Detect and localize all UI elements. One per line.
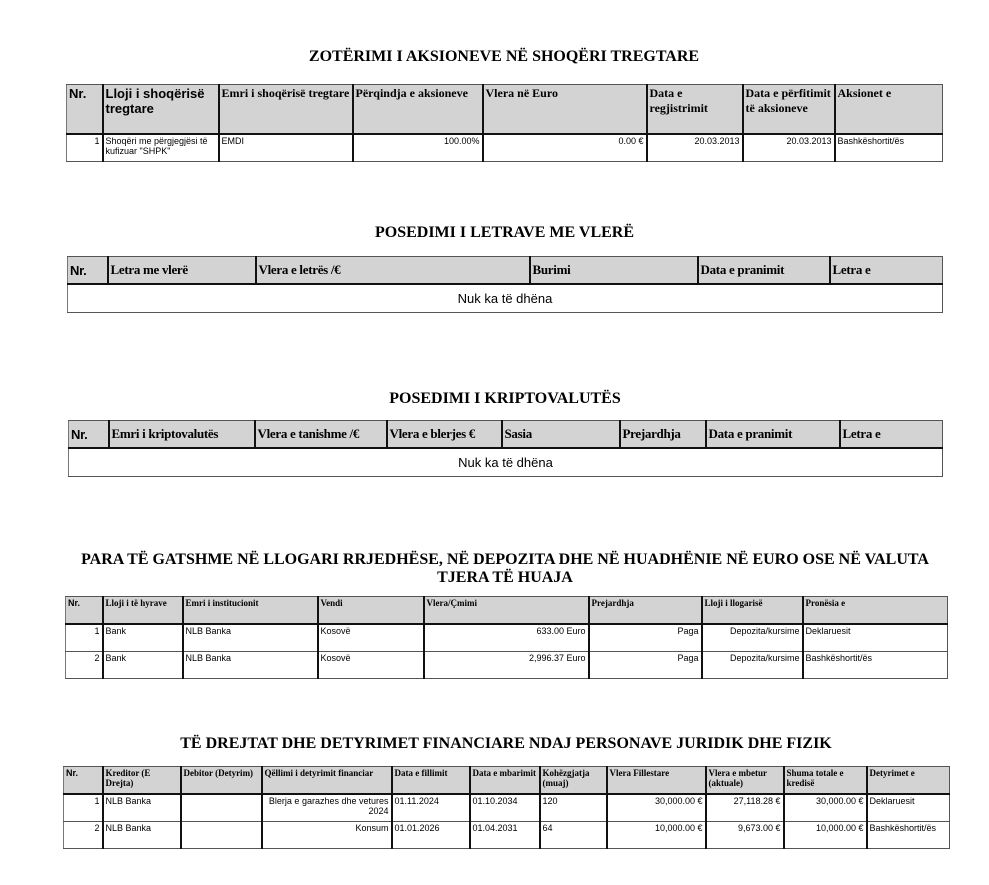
cell-ownership: Bashkëshortit/ës [803, 652, 948, 679]
col-header: Vendi [318, 597, 424, 625]
col-header: Emri i kriptovalutës [109, 421, 255, 449]
cell-institution: NLB Banka [183, 624, 318, 652]
cash-section: PARA TË GATSHME NË LLOGARI RRJEDHËSE, NË… [80, 551, 930, 587]
col-header: Data e fillimit [392, 767, 470, 795]
col-header: Emri i institucionit [183, 597, 318, 625]
col-header: Pronësia e [803, 597, 948, 625]
cell-obligation-of: Bashkëshortit/ës [867, 822, 950, 849]
col-header: Data e pranimit [706, 421, 840, 449]
securities-section: POSEDIMI I LETRAVE ME VLERË [67, 224, 942, 242]
table-header-row: Nr. Letra me vlerë Vlera e letrës /€ Bur… [68, 257, 943, 285]
col-header: Nr. [67, 85, 103, 135]
cell-ownership: Deklaruesit [803, 624, 948, 652]
col-header: Letra me vlerë [108, 257, 256, 285]
col-header: Nr. [66, 597, 103, 625]
col-header: Përqindja e aksioneve [353, 85, 483, 135]
securities-title: POSEDIMI I LETRAVE ME VLERË [67, 224, 942, 242]
cell-remaining-value: 9,673.00 € [706, 822, 784, 849]
cell-duration: 64 [540, 822, 607, 849]
col-header: Kreditor (E Drejta) [103, 767, 181, 795]
shares-section: ZOTËRIMI I AKSIONEVE NË SHOQËRI TREGTARE [66, 48, 942, 66]
table-row: 2 NLB Banka Konsum 01.01.2026 01.04.2031… [64, 822, 950, 849]
shares-table: Nr. Lloji i shoqërisë tregtare Emri i sh… [66, 84, 943, 162]
cell-initial-value: 10,000.00 € [607, 822, 706, 849]
table-header-row: Nr. Emri i kriptovalutës Vlera e tanishm… [69, 421, 943, 449]
col-header: Qëllimi i detyrimit financiar [262, 767, 392, 795]
col-header: Vlera e tanishme /€ [255, 421, 387, 449]
cell-total-credit: 30,000.00 € [784, 794, 867, 822]
col-header: Detyrimet e [867, 767, 950, 795]
col-header: Burimi [530, 257, 698, 285]
cell-origin: Paga [589, 652, 702, 679]
cell-start-date: 01.01.2026 [392, 822, 470, 849]
table-row: 1 Bank NLB Banka Kosovë 633.00 Euro Paga… [66, 624, 948, 652]
cell-company-type: Shoqëri me përgjegjësi të kufizuar "SHPK… [103, 134, 219, 162]
col-header: Kohëzgjatja (muaj) [540, 767, 607, 795]
col-header: Data e pranimit [698, 257, 830, 285]
col-header: Nr. [64, 767, 103, 795]
crypto-title: POSEDIMI I KRIPTOVALUTËS [68, 390, 942, 408]
cell-initial-value: 30,000.00 € [607, 794, 706, 822]
cash-title: PARA TË GATSHME NË LLOGARI RRJEDHËSE, NË… [80, 551, 930, 587]
liabilities-title: TË DREJTAT DHE DETYRIMET FINANCIARE NDAJ… [63, 735, 949, 753]
cell-benefit-date: 20.03.2013 [743, 134, 835, 162]
crypto-section: POSEDIMI I KRIPTOVALUTËS [68, 390, 942, 408]
col-header: Vlera e mbetur (aktuale) [706, 767, 784, 795]
col-header: Debitor (Detyrim) [181, 767, 262, 795]
cell-purpose: Blerja e garazhes dhe vetures 2024 [262, 794, 392, 822]
cell-total-credit: 10,000.00 € [784, 822, 867, 849]
liabilities-section: TË DREJTAT DHE DETYRIMET FINANCIARE NDAJ… [63, 735, 949, 753]
col-header: Emri i shoqërisë tregtare [219, 85, 353, 135]
cell-country: Kosovë [318, 624, 424, 652]
liabilities-table: Nr. Kreditor (E Drejta) Debitor (Detyrim… [63, 766, 950, 849]
cell-income-type: Bank [103, 652, 183, 679]
col-header: Lloji i llogarisë [702, 597, 803, 625]
table-row: 1 Shoqëri me përgjegjësi të kufizuar "SH… [67, 134, 943, 162]
cell-obligation-of: Deklaruesit [867, 794, 950, 822]
col-header: Nr. [68, 257, 108, 285]
col-header: Aksionet e [835, 85, 943, 135]
cell-value: 2,996.37 Euro [424, 652, 589, 679]
table-row: 2 Bank NLB Banka Kosovë 2,996.37 Euro Pa… [66, 652, 948, 679]
empty-row: Nuk ka të dhëna [68, 284, 943, 313]
securities-table: Nr. Letra me vlerë Vlera e letrës /€ Bur… [67, 256, 943, 313]
col-header: Prejardhja [620, 421, 706, 449]
cell-account-type: Depozita/kursime [702, 624, 803, 652]
cell-duration: 120 [540, 794, 607, 822]
col-header: Data e përfitimit të aksioneve [743, 85, 835, 135]
col-header: Nr. [69, 421, 109, 449]
col-header: Vlera/Çmimi [424, 597, 589, 625]
table-row: 1 NLB Banka Blerja e garazhes dhe veture… [64, 794, 950, 822]
cell-creditor: NLB Banka [103, 794, 181, 822]
cell-start-date: 01.11.2024 [392, 794, 470, 822]
cell-institution: NLB Banka [183, 652, 318, 679]
table-header-row: Nr. Kreditor (E Drejta) Debitor (Detyrim… [64, 767, 950, 795]
cell-income-type: Bank [103, 624, 183, 652]
col-header: Lloji i të hyrave [103, 597, 183, 625]
cell-owner: Bashkëshortit/ës [835, 134, 943, 162]
cell-account-type: Depozita/kursime [702, 652, 803, 679]
cell-end-date: 01.04.2031 [470, 822, 540, 849]
col-header: Lloji i shoqërisë tregtare [103, 85, 219, 135]
cell-value: 0.00 € [483, 134, 647, 162]
col-header: Data e regjistrimit [647, 85, 743, 135]
cell-nr: 1 [66, 624, 103, 652]
cell-end-date: 01.10.2034 [470, 794, 540, 822]
col-header: Vlera Fillestare [607, 767, 706, 795]
col-header: Prejardhja [589, 597, 702, 625]
col-header: Letra e [840, 421, 943, 449]
cell-debtor [181, 794, 262, 822]
cell-country: Kosovë [318, 652, 424, 679]
empty-row: Nuk ka të dhëna [69, 448, 943, 477]
col-header: Sasia [502, 421, 620, 449]
no-data-message: Nuk ka të dhëna [68, 284, 943, 313]
cell-percent: 100.00% [353, 134, 483, 162]
cash-table: Nr. Lloji i të hyrave Emri i institucion… [65, 596, 948, 679]
cell-nr: 1 [64, 794, 103, 822]
cell-creditor: NLB Banka [103, 822, 181, 849]
table-header-row: Nr. Lloji i shoqërisë tregtare Emri i sh… [67, 85, 943, 135]
cell-company-name: EMDI [219, 134, 353, 162]
shares-title: ZOTËRIMI I AKSIONEVE NË SHOQËRI TREGTARE [66, 48, 942, 66]
table-header-row: Nr. Lloji i të hyrave Emri i institucion… [66, 597, 948, 625]
cell-origin: Paga [589, 624, 702, 652]
cell-nr: 1 [67, 134, 103, 162]
crypto-table: Nr. Emri i kriptovalutës Vlera e tanishm… [68, 420, 943, 477]
col-header: Letra e [830, 257, 943, 285]
cell-nr: 2 [66, 652, 103, 679]
cell-nr: 2 [64, 822, 103, 849]
col-header: Shuma totale e kredisë [784, 767, 867, 795]
col-header: Data e mbarimit [470, 767, 540, 795]
cell-purpose: Konsum [262, 822, 392, 849]
no-data-message: Nuk ka të dhëna [69, 448, 943, 477]
cell-remaining-value: 27,118.28 € [706, 794, 784, 822]
col-header: Vlera në Euro [483, 85, 647, 135]
cell-debtor [181, 822, 262, 849]
col-header: Vlera e letrës /€ [256, 257, 530, 285]
col-header: Vlera e blerjes € [387, 421, 502, 449]
cell-reg-date: 20.03.2013 [647, 134, 743, 162]
cell-value: 633.00 Euro [424, 624, 589, 652]
